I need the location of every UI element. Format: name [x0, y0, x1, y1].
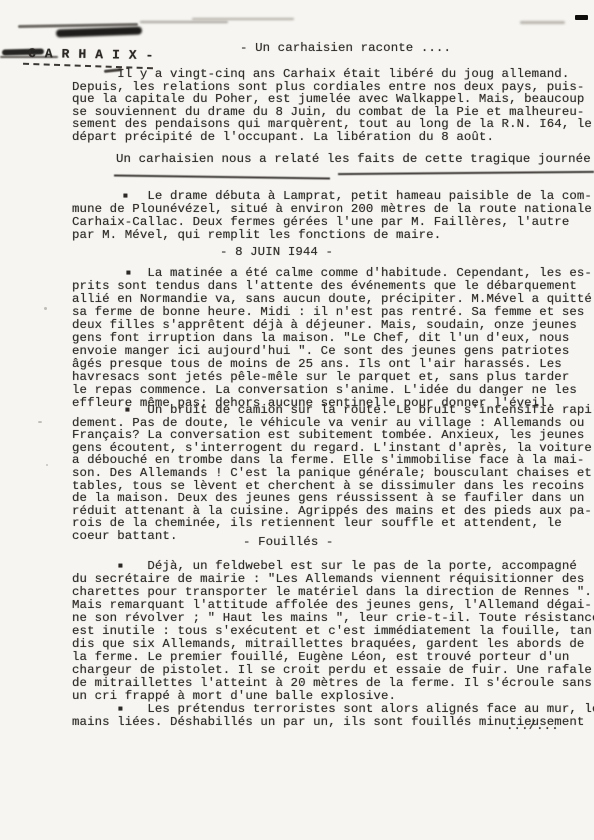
- paragraph-matinee: La matinée a été calme comme d'habitude.…: [72, 267, 592, 410]
- ink-smudge: [192, 18, 294, 20]
- paper-speck: [38, 421, 42, 423]
- paragraph-lamprat: Le drame débuta à Lamprat, petit hameau …: [72, 190, 592, 242]
- paper-speck: [44, 307, 47, 310]
- intro-paragraph: Il y a vingt-cinq ans Carhaix était libé…: [72, 68, 592, 144]
- lede-underline-rule: [338, 171, 594, 175]
- document-subtitle: - Un carhaisien raconte ....: [240, 41, 451, 55]
- ink-smudge: [56, 27, 142, 38]
- paper-speck: [46, 464, 48, 466]
- ink-smudge: [520, 21, 565, 24]
- section-title: C A R H A I X -: [28, 46, 154, 63]
- continuation-mark: .../...: [506, 719, 559, 733]
- lede-sentence: Un carhaisien nous a relaté les faits de…: [116, 152, 591, 166]
- ink-smudge: [575, 15, 588, 20]
- paragraph-feldwebel: Déjà, un feldwebel est sur le pas de la …: [72, 560, 594, 703]
- section-heading-8-juin: - 8 JUIN I944 -: [220, 246, 333, 259]
- lede-underline-rule: [114, 174, 330, 179]
- ink-smudge: [140, 21, 228, 23]
- scanned-document-page: C A R H A I X - - Un carhaisien raconte …: [0, 0, 594, 840]
- section-heading-fouilles: - Fouillés -: [243, 536, 333, 549]
- paragraph-camion: Un bruit de camion sur la route. Le brui…: [72, 404, 594, 543]
